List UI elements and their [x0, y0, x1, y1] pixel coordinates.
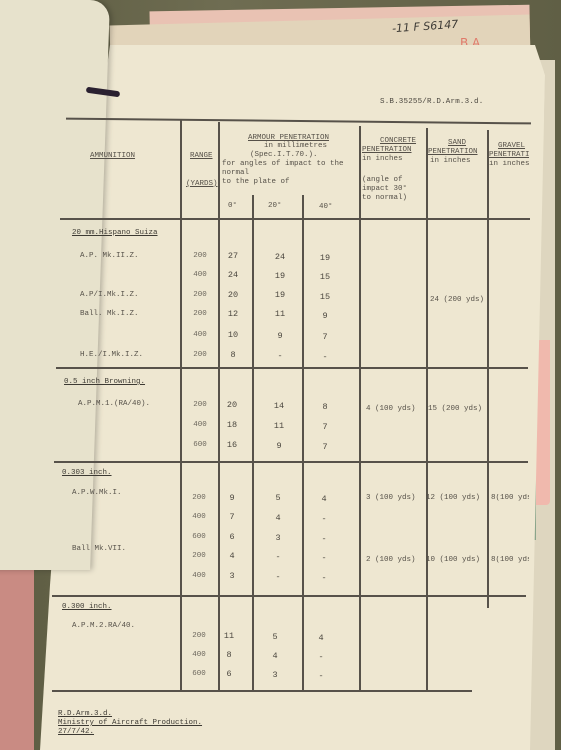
armour-40deg-cell: 4	[310, 494, 338, 504]
header-angle-0: 0°	[228, 202, 237, 211]
document-reference: S.B.35255/R.D.Arm.3.d.	[380, 98, 483, 106]
header-concrete-note-2: impact 30°	[362, 185, 407, 194]
armour-0deg-cell: 12	[219, 309, 247, 319]
header-concrete-note-3: to normal)	[362, 194, 407, 203]
range-cell: 200	[186, 291, 214, 299]
range-cell: 400	[186, 421, 214, 429]
col-divider	[180, 120, 182, 692]
armour-0deg-cell: 27	[219, 251, 247, 261]
range-cell: 200	[186, 310, 214, 318]
header-armour-desc-3: to the plate of	[222, 178, 290, 187]
header-armour-desc-2: normal	[222, 169, 249, 178]
armour-0deg-cell: 16	[218, 440, 246, 450]
range-cell: 200	[185, 552, 213, 560]
header-gravel-unit: in inches	[489, 160, 529, 169]
header-range: RANGE	[190, 152, 213, 161]
gravel-cell: 8(100 yds)	[491, 494, 529, 502]
round-name: A.P/I.Mk.I.Z.	[80, 291, 139, 300]
armour-40deg-cell: 7	[311, 442, 339, 452]
header-concrete-title-2: PENETRATION	[362, 146, 412, 155]
range-cell: 400	[186, 331, 214, 339]
group-title: 0.300 inch.	[62, 603, 112, 612]
armour-0deg-cell: 20	[219, 290, 247, 300]
header-range-unit: (YARDS)	[186, 180, 218, 189]
armour-40deg-cell: 9	[311, 311, 339, 321]
col-divider	[302, 195, 304, 692]
armour-20deg-cell: 3	[261, 670, 289, 680]
header-angle-20: 20°	[268, 202, 282, 211]
armour-0deg-cell: 6	[215, 669, 243, 679]
group-divider	[54, 461, 528, 463]
armour-40deg-cell: -	[310, 553, 338, 563]
round-name: Ball Mk.VII.	[72, 545, 126, 554]
range-cell: 400	[185, 572, 213, 580]
concrete-cell: 2 (100 yds)	[366, 556, 416, 564]
armour-40deg-cell: 19	[311, 253, 339, 263]
header-sand-title-2: PENETRATION	[428, 148, 478, 157]
armour-40deg-cell: -	[310, 573, 338, 583]
armour-20deg-cell: 11	[266, 309, 294, 319]
armour-0deg-cell: 3	[218, 571, 246, 581]
armour-40deg-cell: 15	[311, 292, 339, 302]
header-concrete-title-1: CONCRETE	[380, 137, 416, 146]
armour-40deg-cell: -	[307, 652, 335, 662]
armour-40deg-cell: 7	[311, 332, 339, 342]
armour-40deg-cell: 7	[311, 422, 339, 432]
header-angle-40: 40°	[319, 203, 333, 212]
armour-20deg-cell: 5	[264, 493, 292, 503]
armour-20deg-cell: 4	[261, 651, 289, 661]
armour-0deg-cell: 11	[215, 631, 243, 641]
range-cell: 600	[185, 670, 213, 678]
armour-40deg-cell: 4	[307, 633, 335, 643]
armour-40deg-cell: -	[310, 534, 338, 544]
range-cell: 200	[185, 632, 213, 640]
footer-date: 27/7/42.	[58, 728, 94, 736]
armour-0deg-cell: 6	[218, 532, 246, 542]
header-gravel-title-2: PENETRATION	[489, 151, 529, 160]
armour-0deg-cell: 10	[219, 330, 247, 340]
table-bottom-border	[52, 690, 472, 692]
concrete-cell: 4 (100 yds)	[366, 405, 416, 413]
sand-cell: 24 (200 yds)	[430, 296, 484, 304]
armour-0deg-cell: 4	[218, 551, 246, 561]
gravel-cell: 8(100 yds)	[491, 556, 529, 564]
armour-40deg-cell: 8	[311, 402, 339, 412]
header-armour-unit: in millimetres	[264, 142, 327, 151]
header-ammunition: AMMUNITION	[90, 152, 135, 161]
range-cell: 200	[185, 494, 213, 502]
range-cell: 400	[185, 651, 213, 659]
header-concrete-unit: in inches	[362, 155, 403, 164]
armour-40deg-cell: 15	[311, 272, 339, 282]
armour-0deg-cell: 24	[219, 270, 247, 280]
header-gravel-title-1: GRAVEL	[498, 142, 528, 151]
group-title: 20 mm.Hispano Suiza	[72, 229, 158, 238]
group-title: 0.5 inch Browning.	[64, 378, 145, 387]
armour-0deg-cell: 9	[218, 493, 246, 503]
header-sand-unit: in inches	[430, 157, 471, 166]
range-cell: 400	[185, 513, 213, 521]
header-sand-title-1: SAND	[448, 139, 466, 148]
round-name: Ball. Mk.I.Z.	[80, 310, 139, 319]
sand-cell: 10 (100 yds)	[426, 556, 480, 564]
group-divider	[52, 595, 526, 597]
footer-ministry: Ministry of Aircraft Production.	[58, 719, 202, 727]
sand-cell: 15 (200 yds)	[428, 405, 482, 413]
round-name: A.P. Mk.II.Z.	[80, 252, 139, 261]
armour-0deg-cell: 7	[218, 512, 246, 522]
armour-0deg-cell: 20	[218, 400, 246, 410]
armour-20deg-cell: 3	[264, 533, 292, 543]
group-divider	[56, 367, 528, 369]
header-armour-desc-1: for angles of impact to the	[222, 160, 344, 169]
header-concrete-note-1: (angle of	[362, 176, 403, 185]
armour-40deg-cell: -	[307, 671, 335, 681]
range-cell: 200	[186, 351, 214, 359]
armour-20deg-cell: 9	[266, 331, 294, 341]
footer-department: R.D.Arm.3.d.	[58, 710, 112, 718]
armour-0deg-cell: 8	[215, 650, 243, 660]
armour-20deg-cell: 5	[261, 632, 289, 642]
armour-40deg-cell: -	[310, 514, 338, 524]
concrete-cell: 3 (100 yds)	[366, 494, 416, 502]
header-divider	[60, 218, 530, 220]
col-divider	[359, 126, 361, 692]
round-name: A.P.W.Mk.I.	[72, 489, 122, 498]
pink-folder-edge	[0, 565, 34, 750]
round-name: H.E./I.Mk.I.Z.	[80, 351, 143, 360]
armour-20deg-cell: 4	[264, 513, 292, 523]
armour-0deg-cell: 8	[219, 350, 247, 360]
header-armour-spec: (Spec.I.T.70.).	[250, 151, 318, 160]
sand-cell: 12 (100 yds)	[426, 494, 480, 502]
range-cell: 200	[186, 252, 214, 260]
col-divider	[252, 195, 254, 692]
range-cell: 600	[186, 441, 214, 449]
armour-40deg-cell: -	[311, 352, 339, 362]
range-cell: 400	[186, 271, 214, 279]
armour-20deg-cell: 11	[265, 421, 293, 431]
group-title: 0.303 inch.	[62, 469, 112, 478]
armour-20deg-cell: 9	[265, 441, 293, 451]
armour-20deg-cell: 24	[266, 252, 294, 262]
range-cell: 600	[185, 533, 213, 541]
armour-20deg-cell: 14	[265, 401, 293, 411]
range-cell: 200	[186, 401, 214, 409]
armour-20deg-cell: -	[264, 572, 292, 582]
armour-20deg-cell: -	[266, 351, 294, 361]
round-name: A.P.M.1.(RA/40).	[78, 400, 150, 409]
armour-20deg-cell: 19	[266, 271, 294, 281]
armour-20deg-cell: -	[264, 552, 292, 562]
armour-20deg-cell: 19	[266, 290, 294, 300]
armour-0deg-cell: 18	[218, 420, 246, 430]
col-divider	[487, 130, 489, 608]
round-name: A.P.M.2.RA/40.	[72, 622, 135, 631]
